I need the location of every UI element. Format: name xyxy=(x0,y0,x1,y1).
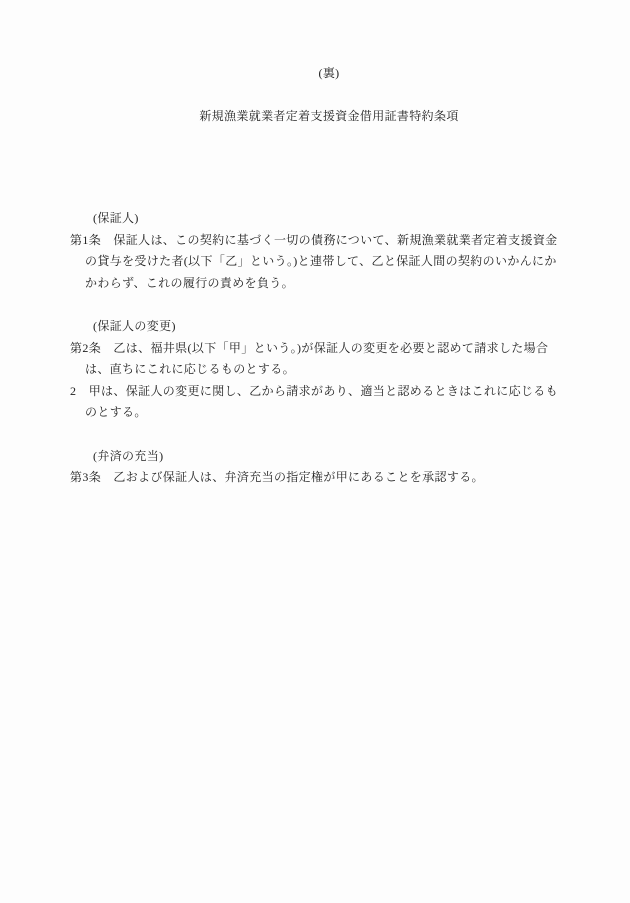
clause-line: のとする。 xyxy=(70,402,590,424)
section-heading: (保証人の変更) xyxy=(70,316,590,338)
section-heading: (保証人) xyxy=(70,208,590,230)
clause-line: かわらず、これの履行の責めを負う。 xyxy=(70,273,590,295)
document-page: (裏) 新規漁業就業者定着支援資金借用証書特約条項 (保証人) 第1条 保証人は… xyxy=(0,0,630,903)
page-side-label: (裏) xyxy=(14,65,630,81)
document-title: 新規漁業就業者定着支援資金借用証書特約条項 xyxy=(14,108,630,124)
clause-line: 第2条 乙は、福井県(以下「甲」という。)が保証人の変更を必要と認めて請求した場… xyxy=(70,338,590,360)
clause-line: 第1条 保証人は、この契約に基づく一切の債務について、新規漁業就業者定着支援資金 xyxy=(70,230,590,252)
clause-line: 第3条 乙および保証人は、弁済充当の指定権が甲にあることを承認する。 xyxy=(70,467,590,489)
section-heading: (弁済の充当) xyxy=(70,446,590,468)
clause-line: 2 甲は、保証人の変更に関し、乙から請求があり、適当と認めるときはこれに応じるも xyxy=(70,381,590,403)
section-guarantor-change: (保証人の変更) 第2条 乙は、福井県(以下「甲」という。)が保証人の変更を必要… xyxy=(70,316,590,424)
clause-line: の貸与を受けた者(以下「乙」という。)と連帯して、乙と保証人間の契約のいかんにか xyxy=(70,251,590,273)
section-appropriation: (弁済の充当) 第3条 乙および保証人は、弁済充当の指定権が甲にあることを承認す… xyxy=(70,446,590,489)
clause-line: は、直ちにこれに応じるものとする。 xyxy=(70,359,590,381)
document-body: (保証人) 第1条 保証人は、この契約に基づく一切の債務について、新規漁業就業者… xyxy=(70,208,590,489)
section-guarantor: (保証人) 第1条 保証人は、この契約に基づく一切の債務について、新規漁業就業者… xyxy=(70,208,590,294)
